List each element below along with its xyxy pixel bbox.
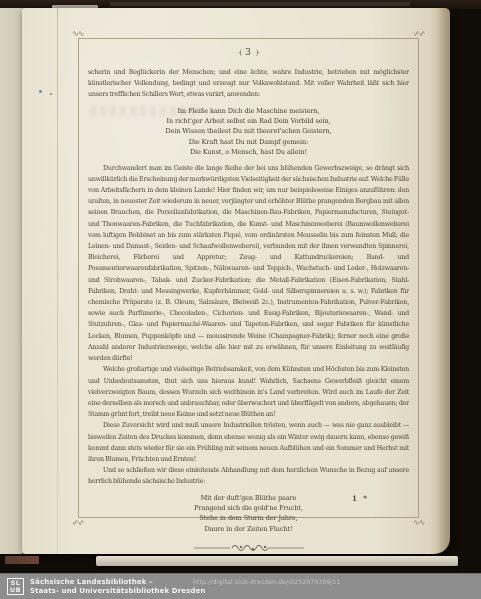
page-number-row: -( 3 )- [88, 48, 409, 58]
verse-line: Die Kunst, o Mensch, hast Du allein! [88, 147, 409, 157]
slub-logo: SL UB [7, 578, 24, 595]
book-block-edge [96, 556, 458, 566]
page-number: 3 [245, 48, 252, 58]
frame-corner-ornament: ∿∿ [72, 31, 83, 37]
document-url: http://digital.slub-dresden.de/id2520703… [193, 579, 341, 586]
page-number-ornament-right: )- [256, 49, 259, 57]
schiller-verse: Im Fleiße kann Dich die Maschine meister… [88, 106, 409, 158]
page-curvature-shadow [436, 8, 450, 554]
verse-line: Im Fleiße kann Dich die Maschine meister… [88, 106, 409, 116]
book-spine-corner [5, 556, 39, 564]
body-paragraph: Und so schließen wir diese einleitende A… [88, 465, 409, 487]
verse-line: Dein Wissen theilest Du mit theoret'sche… [88, 126, 409, 136]
library-name: Sächsische Landesbibliothek – Staats- un… [30, 578, 205, 595]
paper-fold-line [57, 8, 58, 554]
footer-bar: SL UB Sächsische Landesbibliothek – Staa… [0, 573, 481, 599]
frame-corner-ornament: ∿∿ [414, 519, 425, 525]
verse-line: In richt'ger Arbeit selbst ein Rad Dein … [88, 116, 409, 126]
signature-mark: 1 * [352, 494, 369, 503]
paper-speck [50, 93, 52, 95]
scan-viewport: ∿∿ ∿∿ ∿∿ ∿∿ -( 3 )- scherin und Beglücke… [0, 0, 481, 599]
book-top-shadow [110, 2, 410, 6]
verse-line: Daure in der Zeiten Flucht! [88, 524, 409, 534]
frame-corner-ornament: ∿∿ [414, 31, 425, 37]
library-name-line1: Sächsische Landesbibliothek – [30, 578, 205, 587]
flourish-divider-ornament [194, 543, 304, 553]
verse-line: Prangend sich die gold'ne Frucht, [88, 503, 409, 513]
library-name-line2: Staats- und Universitätsbibliothek Dresd… [30, 587, 205, 596]
page-number-ornament-left: -( [238, 49, 241, 57]
body-paragraph: Durchwandert man im Geiste die lange Rei… [88, 163, 409, 365]
adjacent-page-edge [0, 8, 23, 554]
verse-line: Stehe in dem Sturm der Jahre, [88, 513, 409, 523]
paper-speck [39, 90, 42, 93]
verse-line: Die Kraft hast Du mit Dampf gemein: [88, 137, 409, 147]
frame-corner-ornament: ∿∿ [72, 519, 83, 525]
book-page: ∿∿ ∿∿ ∿∿ ∿∿ -( 3 )- scherin und Beglücke… [22, 8, 450, 554]
slub-logo-text-bottom: UB [10, 587, 21, 594]
page-content: -( 3 )- scherin und Beglückerin der Mens… [88, 46, 409, 553]
body-paragraph: scherin und Beglückerin der Menschen; un… [88, 67, 409, 101]
body-paragraph: Welche großartige und vielseitige Betrie… [88, 364, 409, 420]
body-paragraph: Diese Zuversicht wird und muß unsere Ind… [88, 420, 409, 465]
